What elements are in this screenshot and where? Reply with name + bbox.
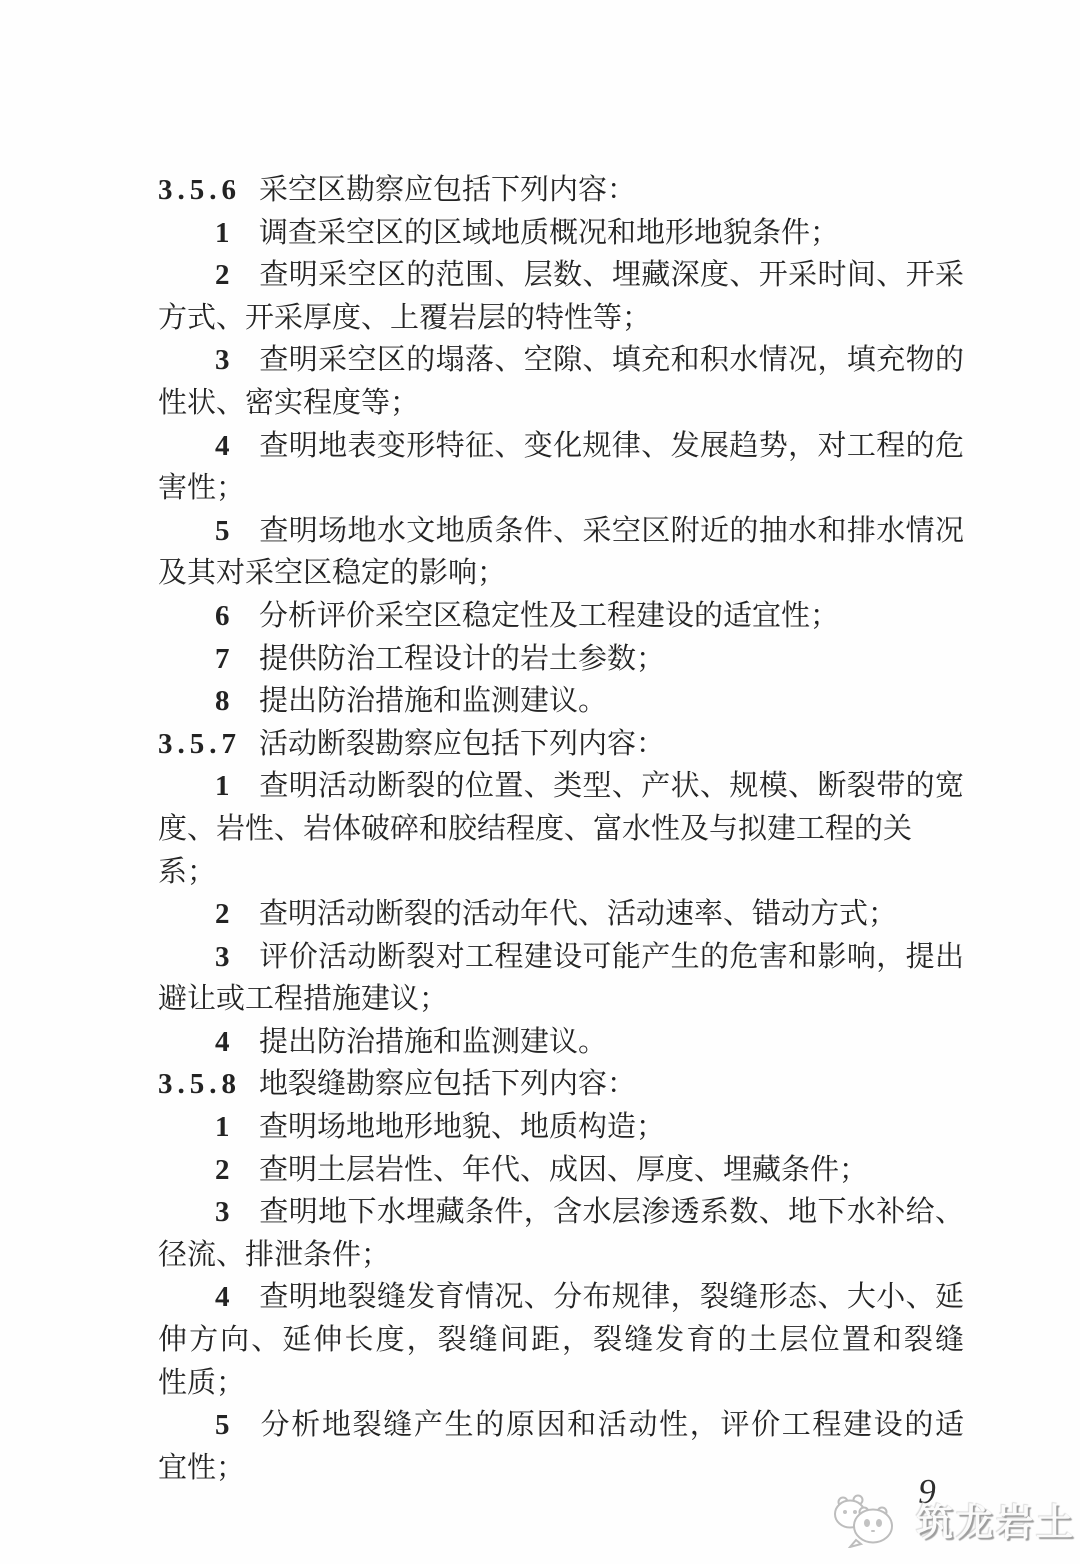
line-text: 查明地下水埋藏条件，含水层渗透系数、地下水补给、 — [259, 1196, 964, 1228]
text-line: 度、岩性、岩体破碎和胶结程度、富水性及与拟建工程的关系； — [158, 808, 964, 893]
line-text: 性质； — [158, 1367, 245, 1399]
line-text: 分析评价采空区稳定性及工程建设的适宜性； — [259, 600, 839, 632]
item-number: 7 — [215, 638, 230, 681]
line-text: 宜性； — [158, 1452, 245, 1484]
text-line: 及其对采空区稳定的影响； — [158, 552, 964, 595]
item-number: 3 — [215, 1191, 230, 1234]
text-line: 2查明活动断裂的活动年代、活动速率、错动方式； — [158, 893, 964, 936]
text-line: 8提出防治措施和监测建议。 — [158, 680, 964, 723]
brand-watermark: 筑龙岩土 — [828, 1490, 1076, 1548]
line-text: 查明活动断裂的活动年代、活动速率、错动方式； — [259, 898, 897, 930]
item-number: 3 — [215, 339, 230, 382]
text-line: 性状、密实程度等； — [158, 382, 964, 425]
line-text: 评价活动断裂对工程建设可能产生的危害和影响，提出 — [259, 941, 964, 973]
item-number: 2 — [215, 893, 230, 936]
text-line: 4查明地裂缝发育情况、分布规律，裂缝形态、大小、延 — [158, 1276, 964, 1319]
line-text: 方式、开采厚度、上覆岩层的特性等； — [158, 302, 651, 334]
text-line: 宜性； — [158, 1447, 964, 1490]
item-number: 1 — [215, 212, 230, 255]
item-number: 4 — [215, 425, 230, 468]
line-text: 径流、排泄条件； — [158, 1239, 390, 1271]
text-line: 5查明场地水文地质条件、采空区附近的抽水和排水情况 — [158, 510, 964, 553]
item-number: 2 — [215, 254, 230, 297]
text-line: 伸方向、延伸长度，裂缝间距，裂缝发育的土层位置和裂缝 — [158, 1319, 964, 1362]
item-number: 5 — [215, 1404, 230, 1447]
text-line: 3查明采空区的塌落、空隙、填充和积水情况，填充物的 — [158, 339, 964, 382]
line-text: 查明场地水文地质条件、采空区附近的抽水和排水情况 — [259, 515, 964, 547]
text-line: 4查明地表变形特征、变化规律、发展趋势，对工程的危 — [158, 425, 964, 468]
item-number: 1 — [215, 765, 230, 808]
text-line: 1查明场地地形地貌、地质构造； — [158, 1106, 964, 1149]
text-line: 1查明活动断裂的位置、类型、产状、规模、断裂带的宽 — [158, 765, 964, 808]
text-line: 径流、排泄条件； — [158, 1234, 964, 1277]
item-number: 3 — [215, 936, 230, 979]
item-number: 8 — [215, 680, 230, 723]
document-page: 3.5.6采空区勘察应包括下列内容：1调查采空区的区域地质概况和地形地貌条件；2… — [0, 0, 1080, 1564]
brand-watermark-text: 筑龙岩土 — [916, 1492, 1076, 1546]
line-text: 提出防治措施和监测建议。 — [259, 1026, 607, 1058]
line-text: 调查采空区的区域地质概况和地形地貌条件； — [259, 217, 839, 249]
text-line: 4提出防治措施和监测建议。 — [158, 1021, 964, 1064]
clause-number: 3.5.6 — [158, 169, 241, 212]
panda-mascot-icon — [828, 1490, 908, 1548]
text-line: 2查明采空区的范围、层数、埋藏深度、开采时间、开采 — [158, 254, 964, 297]
clause-heading-line: 3.5.8地裂缝勘察应包括下列内容： — [158, 1063, 964, 1106]
item-number: 6 — [215, 595, 230, 638]
line-text: 性状、密实程度等； — [158, 387, 419, 419]
clause-heading-line: 3.5.6采空区勘察应包括下列内容： — [158, 169, 964, 212]
line-text: 害性； — [158, 472, 245, 504]
text-line: 5分析地裂缝产生的原因和活动性，评价工程建设的适 — [158, 1404, 964, 1447]
body-text: 3.5.6采空区勘察应包括下列内容：1调查采空区的区域地质概况和地形地貌条件；2… — [158, 169, 964, 1489]
line-text: 提出防治措施和监测建议。 — [259, 685, 607, 717]
line-text: 查明地裂缝发育情况、分布规律，裂缝形态、大小、延 — [259, 1281, 964, 1313]
text-line: 性质； — [158, 1362, 964, 1405]
line-text: 避让或工程措施建议； — [158, 983, 448, 1015]
line-text: 查明采空区的范围、层数、埋藏深度、开采时间、开采 — [259, 259, 964, 291]
line-text: 采空区勘察应包括下列内容： — [259, 174, 636, 206]
line-text: 及其对采空区稳定的影响； — [158, 557, 506, 589]
item-number: 2 — [215, 1149, 230, 1192]
clause-number: 3.5.7 — [158, 723, 241, 766]
text-line: 方式、开采厚度、上覆岩层的特性等； — [158, 297, 964, 340]
item-number: 4 — [215, 1021, 230, 1064]
line-text: 分析地裂缝产生的原因和活动性，评价工程建设的适 — [259, 1409, 964, 1441]
clause-number: 3.5.8 — [158, 1063, 241, 1106]
line-text: 度、岩性、岩体破碎和胶结程度、富水性及与拟建工程的关系； — [158, 813, 912, 888]
line-text: 查明场地地形地貌、地质构造； — [259, 1111, 665, 1143]
line-text: 查明活动断裂的位置、类型、产状、规模、断裂带的宽 — [259, 770, 964, 802]
text-line: 1调查采空区的区域地质概况和地形地貌条件； — [158, 212, 964, 255]
line-text: 活动断裂勘察应包括下列内容： — [259, 728, 665, 760]
line-text: 查明地表变形特征、变化规律、发展趋势，对工程的危 — [259, 430, 964, 462]
line-text: 地裂缝勘察应包括下列内容： — [259, 1068, 636, 1100]
text-line: 2查明土层岩性、年代、成因、厚度、埋藏条件； — [158, 1149, 964, 1192]
clause-heading-line: 3.5.7活动断裂勘察应包括下列内容： — [158, 723, 964, 766]
text-line: 3查明地下水埋藏条件，含水层渗透系数、地下水补给、 — [158, 1191, 964, 1234]
text-line: 7提供防治工程设计的岩土参数； — [158, 638, 964, 681]
item-number: 4 — [215, 1276, 230, 1319]
line-text: 查明土层岩性、年代、成因、厚度、埋藏条件； — [259, 1154, 868, 1186]
line-text: 提供防治工程设计的岩土参数； — [259, 643, 665, 675]
item-number: 5 — [215, 510, 230, 553]
line-text: 伸方向、延伸长度，裂缝间距，裂缝发育的土层位置和裂缝 — [158, 1324, 964, 1356]
line-text: 查明采空区的塌落、空隙、填充和积水情况，填充物的 — [259, 344, 964, 376]
text-line: 6分析评价采空区稳定性及工程建设的适宜性； — [158, 595, 964, 638]
text-line: 避让或工程措施建议； — [158, 978, 964, 1021]
text-line: 害性； — [158, 467, 964, 510]
item-number: 1 — [215, 1106, 230, 1149]
text-line: 3评价活动断裂对工程建设可能产生的危害和影响，提出 — [158, 936, 964, 979]
